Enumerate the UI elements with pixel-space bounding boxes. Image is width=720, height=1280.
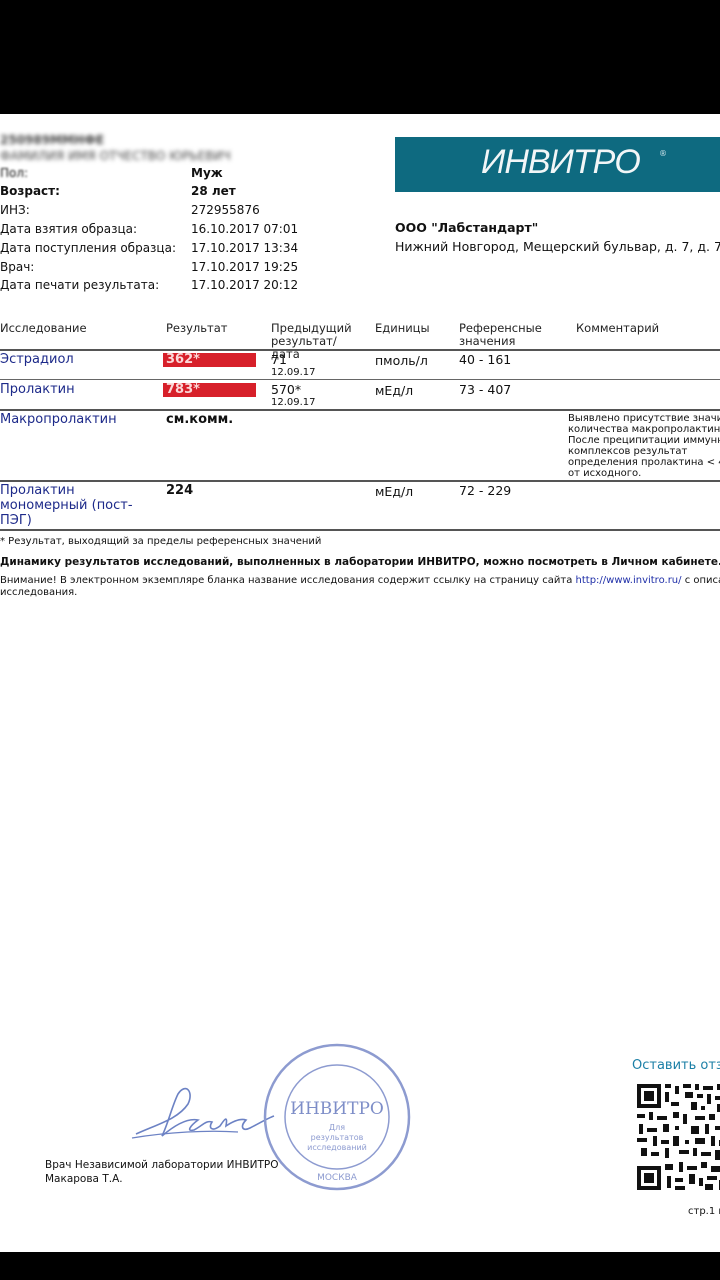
svg-text:МОСКВА: МОСКВА — [317, 1173, 358, 1183]
qr-feedback-title[interactable]: Оставить отз — [632, 1058, 720, 1073]
stamp-center-text: ИНВИТРО — [290, 1099, 384, 1119]
test-link-prolactin[interactable]: Пролактин — [0, 382, 75, 397]
field-label-print-date: Дата печати результата: — [0, 278, 159, 292]
test-link-macroprolactin[interactable]: Макропролактин — [0, 412, 117, 427]
lab-name: ООО "Лабстандарт" — [395, 220, 538, 235]
field-label-sex: Пол: — [0, 166, 28, 180]
field-label-inz: ИНЗ: — [0, 203, 30, 217]
field-value-age: 28 лет — [191, 184, 236, 198]
field-value-doctor: 17.10.2017 19:25 — [191, 260, 298, 274]
result-value: см.комм. — [166, 412, 233, 427]
notice-text-end: с описанием — [682, 575, 720, 586]
lab-address: Нижний Новгород, Мещерский бульвар, д. 7… — [395, 239, 720, 254]
notice-line: Внимание! В электронном экземпляре бланк… — [0, 575, 720, 586]
units: мЕд/л — [375, 484, 413, 499]
header-comment: Комментарий — [576, 322, 659, 335]
svg-text:исследований: исследований — [307, 1143, 367, 1152]
notice-text: Внимание! В электронном экземпляре бланк… — [0, 575, 576, 586]
asterisk-footnote: * Результат, выходящий за пределы рефере… — [0, 536, 321, 547]
page-number: стр.1 и — [688, 1206, 720, 1217]
result-out-of-range: 362* — [163, 353, 256, 367]
patient-name-redacted: ФАМИЛИЯ ИМЯ ОТЧЕСТВО ЮРЬЕВИЧ — [0, 149, 231, 163]
dynamics-note: Динамику результатов исследований, выпол… — [0, 556, 720, 568]
field-value-print-date: 17.10.2017 20:12 — [191, 278, 298, 292]
header-reference: Референсные значения — [459, 322, 549, 348]
stamp-icon: ИНВИТРО Для результатов исследований МОС… — [262, 1042, 412, 1192]
divider — [0, 379, 720, 380]
svg-text:результатов: результатов — [311, 1133, 364, 1142]
reference-range: 40 - 161 — [459, 352, 511, 367]
header-result: Результат — [166, 322, 228, 335]
signature-title: Врач Независимой лаборатории ИНВИТРО — [45, 1158, 279, 1172]
notice-line-2: исследования. — [0, 587, 77, 598]
previous-result: 71 — [271, 352, 287, 367]
previous-date: 12.09.17 — [271, 397, 316, 408]
signature-name: Макарова Т.А. — [45, 1172, 123, 1186]
result-value: 224 — [166, 483, 193, 498]
reference-range: 73 - 407 — [459, 382, 511, 397]
lab-report-page: 250989ММНФЕ ФАМИЛИЯ ИМЯ ОТЧЕСТВО ЮРЬЕВИЧ… — [0, 114, 720, 1252]
svg-text:Для: Для — [329, 1123, 345, 1132]
previous-result: 570* — [271, 382, 301, 397]
result-comment: Выявлено присутствие значим количества м… — [568, 413, 720, 479]
field-label-sample-taken: Дата взятия образца: — [0, 222, 137, 236]
qr-code-icon[interactable] — [635, 1082, 720, 1194]
invitro-logo: ИНВИТРО ® — [395, 137, 720, 192]
field-value-sample-received: 17.10.2017 13:34 — [191, 241, 298, 255]
field-label-age: Возраст: — [0, 184, 60, 198]
reference-range: 72 - 229 — [459, 483, 511, 498]
invitro-link[interactable]: http://www.invitro.ru/ — [576, 575, 682, 586]
registered-mark-icon: ® — [659, 149, 667, 158]
result-out-of-range: 783* — [163, 383, 256, 397]
field-value-inz: 272955876 — [191, 203, 260, 217]
test-link-monomeric-prolactin[interactable]: Пролактин мономерный (пост-ПЭГ) — [0, 483, 140, 528]
field-value-sex: Муж — [191, 166, 223, 180]
field-value-sample-taken: 16.10.2017 07:01 — [191, 222, 298, 236]
divider — [0, 409, 720, 411]
units: мЕд/л — [375, 383, 413, 398]
divider — [0, 349, 720, 351]
header-units: Единицы — [375, 322, 430, 335]
order-id-redacted: 250989ММНФЕ — [0, 133, 104, 147]
signature-icon — [128, 1074, 278, 1149]
logo-text: ИНВИТРО — [481, 143, 640, 182]
test-link-estradiol[interactable]: Эстрадиол — [0, 352, 74, 367]
divider — [0, 529, 720, 531]
field-label-sample-received: Дата поступления образца: — [0, 241, 176, 255]
header-test: Исследование — [0, 322, 87, 335]
units: пмоль/л — [375, 353, 428, 368]
field-label-doctor: Врач: — [0, 260, 34, 274]
previous-date: 12.09.17 — [271, 367, 316, 378]
divider — [0, 480, 720, 482]
